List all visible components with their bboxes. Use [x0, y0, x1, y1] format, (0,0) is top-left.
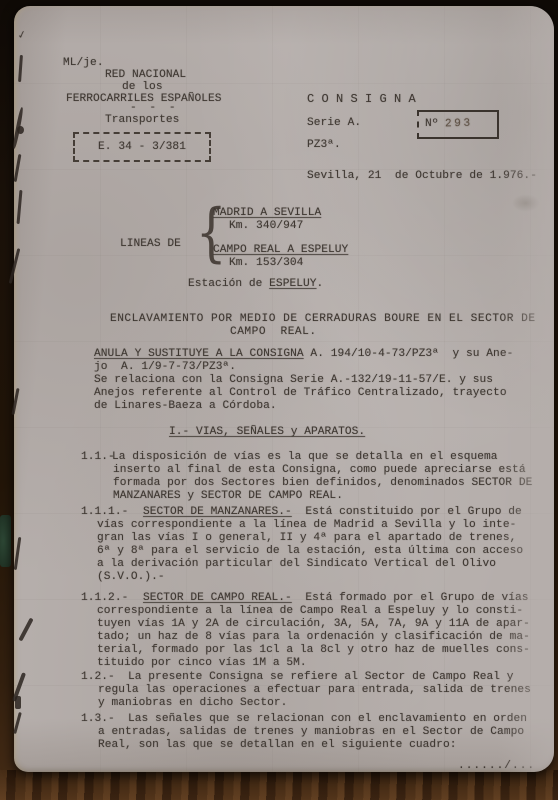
typist-reference: ML/je.	[63, 57, 104, 70]
relation-clause-line: de Linares-Baeza a Córdoba.	[94, 400, 277, 413]
station-line: Estación de ESPELUY.	[188, 278, 323, 291]
relation-clause-line: Anejos referente al Control de Tráfico C…	[94, 387, 507, 400]
main-title-line2: CAMPO REAL.	[230, 326, 317, 339]
route1-name: MADRID A SEVILLA	[213, 207, 321, 220]
paragraph-text-line: inserto al final de esta Consigna, como …	[113, 464, 526, 477]
paragraph-text-line: correspondiente a la línea de Campo Real…	[97, 605, 523, 618]
paragraph-text-line: 6ª y 8ª para el servicio de la estación,…	[97, 545, 523, 558]
file-reference-box: E. 34 - 3/381	[73, 132, 211, 162]
date-line: Sevilla, 21 de Octubre de 1.976.-	[307, 170, 537, 183]
paragraph-number: 1.3.-	[81, 713, 115, 726]
continuation-mark: ....../...	[458, 760, 535, 773]
paragraph-text-line: La disposición de vías es la que se deta…	[112, 451, 498, 464]
background-object	[0, 515, 11, 567]
annuls-clause-line: jo A. 1/9-7-73/PZ3ª.	[94, 361, 236, 374]
paragraph-text-line: a entradas, salidas de trenes y maniobra…	[98, 726, 524, 739]
document-number-box: Nº 293	[417, 110, 499, 139]
document-type-title: C O N S I G N A	[307, 93, 416, 106]
staple-mark	[15, 696, 21, 709]
department-label: Transportes	[105, 114, 179, 127]
annuls-clause-rest: A. 194/10-4-73/PZ3ª y su Ane-	[304, 348, 514, 360]
paragraph-number: 1.1.-	[81, 451, 115, 464]
route1-km: Km. 340/947	[229, 220, 303, 233]
relation-clause-line: Se relaciona con la Consigna Serie A.-13…	[94, 374, 493, 387]
station-period: .	[317, 278, 324, 290]
paragraph-text-line: MANZANARES y SECTOR DE CAMPO REAL.	[113, 490, 343, 503]
route2-name: CAMPO REAL A ESPELUY	[213, 244, 348, 257]
file-reference: E. 34 - 3/381	[98, 141, 186, 154]
paragraph-text-line: gran las vías I o general, II y 4ª para …	[97, 532, 516, 545]
office-code: PZ3ª.	[307, 139, 341, 152]
paragraph-text: Está formado por el Grupo de vías	[292, 592, 529, 604]
lines-label: LINEAS DE	[120, 238, 181, 251]
wood-table-surface	[0, 770, 558, 800]
paragraph-text-line: La presente Consigna se refiere al Secto…	[128, 671, 514, 684]
station-prefix: Estación de	[188, 278, 269, 290]
number-label: Nº	[425, 118, 439, 131]
station-name: ESPELUY	[269, 278, 316, 290]
paragraph-text-line: y maniobras en dicho Sector.	[98, 697, 287, 710]
paragraph-text-line: tuyen vías 1A y 2A de circulación, 3A, 5…	[97, 618, 530, 631]
paragraph-text-line: vías correspondiente a la línea de Madri…	[97, 519, 516, 532]
paragraph-text-line: SECTOR DE MANZANARES.- Está constituido …	[143, 506, 522, 519]
paragraph-number: 1.1.2.-	[81, 592, 128, 605]
sector-heading: SECTOR DE CAMPO REAL.-	[143, 592, 292, 604]
series-label: Serie A.	[307, 117, 361, 130]
paragraph-text-line: regula las operaciones a efectuar para e…	[98, 684, 531, 697]
paragraph-text-line: Las señales que se relacionan con el enc…	[128, 713, 527, 726]
section-heading: I.- VIAS, SEÑALES y APARATOS.	[169, 426, 365, 439]
sector-heading: SECTOR DE MANZANARES.-	[143, 506, 292, 518]
main-title-line1: ENCLAVAMIENTO POR MEDIO DE CERRADURAS BO…	[110, 313, 536, 326]
paragraph-text-line: formada por dos Sectores bien definidos,…	[113, 477, 532, 490]
paragraph-text-line: (S.V.O.).-	[97, 571, 165, 584]
paragraph-text-line: tituido por cinco vías 1M a 5M.	[97, 657, 307, 670]
paragraph-text-line: a la derivación particular del Sindicato…	[97, 558, 496, 571]
pencil-smudge	[512, 194, 540, 212]
paragraph-text-line: terial, formado por las 1cl a la 8cl y o…	[97, 644, 530, 657]
number-stamp: 293	[444, 118, 472, 132]
annuls-clause-emphasis: ANULA Y SUSTITUYE A LA CONSIGNA	[94, 348, 304, 360]
route2-km: Km. 153/304	[229, 257, 303, 270]
paragraph-text-line: SECTOR DE CAMPO REAL.- Está formado por …	[143, 592, 529, 605]
paragraph-text-line: Real, son las que se detallan en el sigu…	[98, 739, 456, 752]
paragraph-number: 1.1.1.-	[81, 506, 128, 519]
ink-blot	[17, 126, 24, 134]
paragraph-number: 1.2.-	[81, 671, 115, 684]
paragraph-text: Está constituido por el Grupo de	[292, 506, 522, 518]
paragraph-text-line: tado; un haz de 8 vías para la ordenació…	[97, 631, 530, 644]
annuls-clause-line: ANULA Y SUSTITUYE A LA CONSIGNA A. 194/1…	[94, 348, 513, 361]
